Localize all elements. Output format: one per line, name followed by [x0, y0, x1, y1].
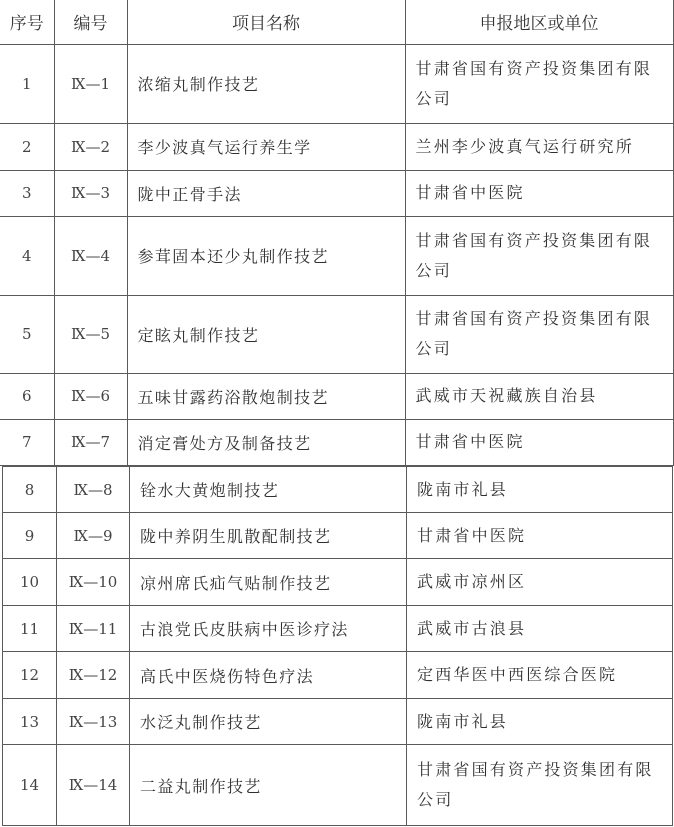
cell-code: Ⅸ—8: [57, 467, 130, 513]
table-row: 12 Ⅸ—12 高氏中医烧伤特色疗法 定西华医中西医综合医院: [3, 652, 673, 699]
heritage-project-list: 序号 编号 项目名称 申报地区或单位 1 Ⅸ—1 浓缩丸制作技艺 甘肃省国有资产…: [0, 0, 674, 827]
cell-serial-no: 6: [0, 373, 54, 419]
cell-project-name: 水泛丸制作技艺: [130, 699, 407, 745]
cell-applicant-unit: 武威市凉州区: [407, 559, 673, 606]
table-row: 4 Ⅸ—4 参茸固本还少丸制作技艺 甘肃省国有资产投资集团有限公司: [0, 216, 673, 295]
cell-code: Ⅸ—3: [54, 170, 127, 216]
cell-applicant-unit: 甘肃省中医院: [405, 419, 673, 465]
cell-project-name: 定眩丸制作技艺: [127, 295, 405, 373]
table-row: 5 Ⅸ—5 定眩丸制作技艺 甘肃省国有资产投资集团有限公司: [0, 295, 673, 373]
cell-serial-no: 5: [0, 295, 54, 373]
cell-code: Ⅸ—7: [54, 419, 127, 465]
header-code: 编号: [54, 0, 127, 44]
table-row: 3 Ⅸ—3 陇中正骨手法 甘肃省中医院: [0, 170, 673, 216]
cell-project-name: 凉州席氏疝气贴制作技艺: [130, 559, 407, 606]
cell-code: Ⅸ—6: [54, 373, 127, 419]
cell-project-name: 浓缩丸制作技艺: [127, 44, 405, 123]
cell-applicant-unit: 甘肃省中医院: [405, 170, 673, 216]
cell-applicant-unit: 武威市古浪县: [407, 606, 673, 652]
table-row: 9 Ⅸ—9 陇中养阴生肌散配制技艺 甘肃省中医院: [3, 513, 673, 559]
cell-code: Ⅸ—4: [54, 216, 127, 295]
cell-code: Ⅸ—10: [57, 559, 130, 606]
table-row: 6 Ⅸ—6 五味甘露药浴散炮制技艺 武威市天祝藏族自治县: [0, 373, 673, 419]
cell-code: Ⅸ—12: [57, 652, 130, 699]
cell-code: Ⅸ—14: [57, 745, 130, 826]
cell-project-name: 二益丸制作技艺: [130, 745, 407, 826]
table-row: 14 Ⅸ—14 二益丸制作技艺 甘肃省国有资产投资集团有限公司: [3, 745, 673, 826]
cell-project-name: 陇中养阴生肌散配制技艺: [130, 513, 407, 559]
cell-code: Ⅸ—9: [57, 513, 130, 559]
cell-applicant-unit: 甘肃省国有资产投资集团有限公司: [407, 745, 673, 826]
table-row: 13 Ⅸ—13 水泛丸制作技艺 陇南市礼县: [3, 699, 673, 745]
cell-project-name: 陇中正骨手法: [127, 170, 405, 216]
cell-serial-no: 13: [3, 699, 57, 745]
table-row: 7 Ⅸ—7 消定膏处方及制备技艺 甘肃省中医院: [0, 419, 673, 465]
table-header-row: 序号 编号 项目名称 申报地区或单位: [0, 0, 673, 44]
cell-project-name: 消定膏处方及制备技艺: [127, 419, 405, 465]
cell-applicant-unit: 陇南市礼县: [407, 467, 673, 513]
cell-code: Ⅸ—1: [54, 44, 127, 123]
cell-serial-no: 3: [0, 170, 54, 216]
project-table-part-1: 序号 编号 项目名称 申报地区或单位 1 Ⅸ—1 浓缩丸制作技艺 甘肃省国有资产…: [0, 0, 674, 466]
cell-applicant-unit: 甘肃省国有资产投资集团有限公司: [405, 295, 673, 373]
cell-serial-no: 10: [3, 559, 57, 606]
cell-code: Ⅸ—11: [57, 606, 130, 652]
table-row: 2 Ⅸ—2 李少波真气运行养生学 兰州李少波真气运行研究所: [0, 123, 673, 170]
header-applicant-unit: 申报地区或单位: [405, 0, 673, 44]
cell-project-name: 李少波真气运行养生学: [127, 123, 405, 170]
table-row: 10 Ⅸ—10 凉州席氏疝气贴制作技艺 武威市凉州区: [3, 559, 673, 606]
cell-serial-no: 12: [3, 652, 57, 699]
cell-serial-no: 14: [3, 745, 57, 826]
table-row: 8 Ⅸ—8 铨水大黄炮制技艺 陇南市礼县: [3, 467, 673, 513]
table-row: 11 Ⅸ—11 古浪党氏皮肤病中医诊疗法 武威市古浪县: [3, 606, 673, 652]
cell-applicant-unit: 甘肃省国有资产投资集团有限公司: [405, 216, 673, 295]
cell-project-name: 参茸固本还少丸制作技艺: [127, 216, 405, 295]
project-table-part-2: 8 Ⅸ—8 铨水大黄炮制技艺 陇南市礼县 9 Ⅸ—9 陇中养阴生肌散配制技艺 甘…: [2, 466, 673, 826]
cell-code: Ⅸ—5: [54, 295, 127, 373]
header-serial-no: 序号: [0, 0, 54, 44]
cell-serial-no: 2: [0, 123, 54, 170]
cell-serial-no: 1: [0, 44, 54, 123]
cell-applicant-unit: 兰州李少波真气运行研究所: [405, 123, 673, 170]
cell-applicant-unit: 武威市天祝藏族自治县: [405, 373, 673, 419]
cell-serial-no: 4: [0, 216, 54, 295]
cell-code: Ⅸ—2: [54, 123, 127, 170]
cell-serial-no: 8: [3, 467, 57, 513]
cell-serial-no: 11: [3, 606, 57, 652]
cell-applicant-unit: 甘肃省中医院: [407, 513, 673, 559]
cell-project-name: 古浪党氏皮肤病中医诊疗法: [130, 606, 407, 652]
header-project-name: 项目名称: [127, 0, 405, 44]
cell-applicant-unit: 陇南市礼县: [407, 699, 673, 745]
cell-project-name: 五味甘露药浴散炮制技艺: [127, 373, 405, 419]
cell-serial-no: 7: [0, 419, 54, 465]
cell-serial-no: 9: [3, 513, 57, 559]
cell-project-name: 铨水大黄炮制技艺: [130, 467, 407, 513]
cell-applicant-unit: 甘肃省国有资产投资集团有限公司: [405, 44, 673, 123]
cell-applicant-unit: 定西华医中西医综合医院: [407, 652, 673, 699]
cell-code: Ⅸ—13: [57, 699, 130, 745]
cell-project-name: 高氏中医烧伤特色疗法: [130, 652, 407, 699]
table-row: 1 Ⅸ—1 浓缩丸制作技艺 甘肃省国有资产投资集团有限公司: [0, 44, 673, 123]
